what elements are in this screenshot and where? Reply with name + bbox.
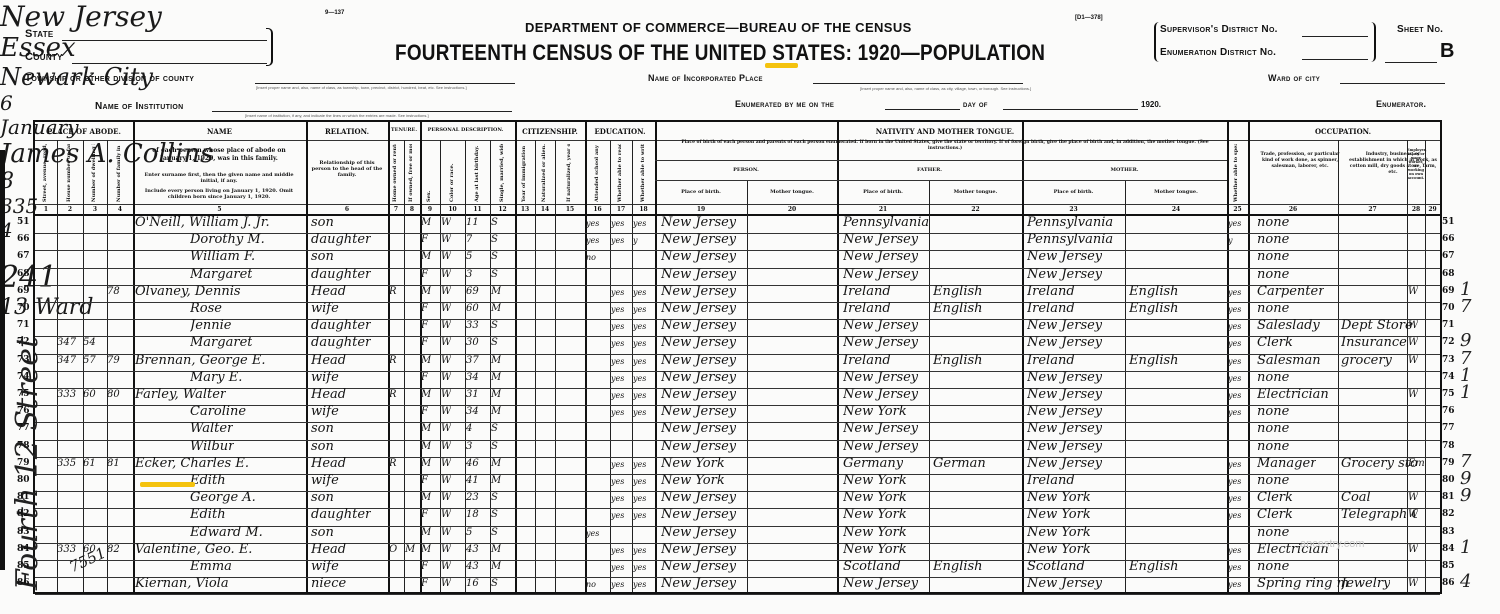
column-number: 23 <box>1022 206 1125 213</box>
table-row: O'Neill, William J. Jr.sonMW11Syesyesyes… <box>35 216 1440 233</box>
cell-marital: M <box>491 303 501 314</box>
cell-sex: M <box>421 355 431 366</box>
cell-m-birth: New Jersey <box>1027 439 1102 454</box>
nativity-subdivider-2 <box>655 180 1227 181</box>
cell-age: 69 <box>466 286 479 297</box>
cell-school: yes <box>586 236 599 245</box>
enumerated-year: 1920. <box>1141 100 1161 109</box>
cell-marital: S <box>491 527 498 538</box>
cell-read: yes <box>611 408 624 417</box>
column-header: Age at last birthday. <box>474 144 480 202</box>
cell-sex: M <box>421 217 431 228</box>
line-number-right: 51 <box>1442 217 1455 227</box>
cell-school: yes <box>586 529 599 538</box>
cell-m-birth: New Jersey <box>1027 249 1102 264</box>
cell-name: O'Neill, William J. Jr. <box>135 215 270 230</box>
cell-m-birth: Scotland <box>1027 559 1085 574</box>
cell-marital: S <box>491 423 498 434</box>
cell-marital: S <box>491 269 498 280</box>
enumerator-label: Enumerator. <box>1376 99 1426 109</box>
cell-f-tongue: English <box>933 284 983 299</box>
cell-marital: M <box>491 561 501 572</box>
cell-employer: W <box>1408 389 1418 400</box>
institution-hint: [Insert name of institution, if any, and… <box>245 113 429 118</box>
cell-age: 46 <box>466 458 479 469</box>
cell-f-birth: New Jersey <box>843 370 918 385</box>
cell-race: W <box>441 561 451 572</box>
cell-name: Kiernan, Viola <box>135 576 229 591</box>
column-number: 21 <box>837 206 929 213</box>
cell-relation: son <box>311 421 334 436</box>
cell-house: 347 <box>57 355 76 366</box>
cell-relation: son <box>311 215 334 230</box>
cell-marital: M <box>491 372 501 383</box>
cell-write: yes <box>633 494 646 503</box>
cell-m-birth: New Jersey <box>1027 421 1102 436</box>
cell-relation: niece <box>311 576 346 591</box>
cell-f-birth: New Jersey <box>843 318 918 333</box>
line-number-right: 77 <box>1442 423 1455 433</box>
cell-f-birth: New Jersey <box>843 421 918 436</box>
name-desc-1: of each person whose place of abode on J… <box>139 147 299 163</box>
cell-race: W <box>441 544 451 555</box>
cell-relation: Head <box>311 456 346 471</box>
line-number-right: 80 <box>1442 475 1455 485</box>
cell-m-birth: Ireland <box>1027 284 1075 299</box>
cell-sex: F <box>421 320 428 331</box>
cell-race: W <box>441 337 451 348</box>
cell-family: 78 <box>107 286 120 297</box>
cell-marital: M <box>491 286 501 297</box>
column-number: 16 <box>585 206 610 213</box>
year-highlight <box>765 63 798 68</box>
cell-name: William F. <box>190 249 255 264</box>
cell-race: W <box>441 320 451 331</box>
cell-m-birth: Pennsylvania <box>1027 215 1113 230</box>
cell-m-birth: New Jersey <box>1027 456 1102 471</box>
line-number-right: 83 <box>1442 527 1455 537</box>
cell-f-tongue: English <box>933 353 983 368</box>
cell-read: yes <box>611 460 624 469</box>
subheader-mother-tongue: Mother tongue. <box>929 189 1022 195</box>
table-row: Edward M.sonMW5SyesNew JerseyNew YorkNew… <box>35 526 1440 543</box>
cell-birth: New Jersey <box>661 490 736 505</box>
watermark: ancestry.com <box>1300 538 1365 550</box>
cell-english: yes <box>1228 546 1241 555</box>
column-header: Home owned or rented. <box>392 144 398 202</box>
cell-marital: S <box>491 492 498 503</box>
cell-f-birth: Pennsylvania <box>843 215 929 230</box>
cell-age: 33 <box>466 320 479 331</box>
cell-sex: F <box>421 269 428 280</box>
cell-trade: none <box>1257 473 1289 488</box>
cell-relation: wife <box>311 404 339 419</box>
cell-birth: New Jersey <box>661 284 736 299</box>
cell-trade: none <box>1257 301 1289 316</box>
line-number-left: 78 <box>17 441 30 451</box>
cell-relation: wife <box>311 370 339 385</box>
cell-employer: W <box>1408 492 1418 503</box>
cell-family: 81 <box>107 458 120 469</box>
cell-english: yes <box>1228 511 1241 520</box>
cell-m-birth: Ireland <box>1027 473 1075 488</box>
cell-trade: none <box>1257 370 1289 385</box>
line-number-right: 74 <box>1442 372 1455 382</box>
cell-marital: M <box>491 544 501 555</box>
col-number-divider-top <box>35 204 1440 205</box>
cell-f-birth: New Jersey <box>843 267 918 282</box>
cell-trade: Electrician <box>1257 387 1329 402</box>
cell-sex: M <box>421 527 431 538</box>
cell-name: Margaret <box>190 335 252 350</box>
line-number-right: 71 <box>1442 320 1455 330</box>
cell-sex: M <box>421 389 431 400</box>
line-number-right: 76 <box>1442 406 1455 416</box>
day-line <box>885 109 960 110</box>
cell-name: Wilbur <box>190 439 234 454</box>
cell-race: W <box>441 217 451 228</box>
line-number-right: 78 <box>1442 441 1455 451</box>
cell-trade: Clerk <box>1257 490 1293 505</box>
cell-read: yes <box>611 580 624 589</box>
cell-read: yes <box>611 322 624 331</box>
cell-house: 333 <box>57 389 76 400</box>
group-occupation: OCCUPATION. <box>1248 127 1438 136</box>
cell-birth: New Jersey <box>661 507 736 522</box>
cell-write: yes <box>633 288 646 297</box>
column-number: 4 <box>107 206 133 213</box>
cell-write: yes <box>633 322 646 331</box>
line-number-right: 72 <box>1442 337 1455 347</box>
table-row: WaltersonMW4SNew JerseyNew JerseyNew Jer… <box>35 422 1440 439</box>
cell-trade: Manager <box>1257 456 1316 471</box>
nativity-note: Place of birth of each person and parent… <box>675 140 1215 152</box>
line-number-right: 70 <box>1442 303 1455 313</box>
cell-sex: M <box>421 492 431 503</box>
cell-employer: W <box>1408 337 1418 348</box>
cell-sex: F <box>421 406 428 417</box>
cell-employer: W <box>1408 320 1418 331</box>
cell-tenure: R <box>389 458 397 469</box>
cell-marital: M <box>491 458 501 469</box>
cell-write: yes <box>633 580 646 589</box>
cell-english: yes <box>1228 460 1241 469</box>
column-header: Number of dwelling house in order of vis… <box>91 144 97 202</box>
subheader-place-of-birth: Place of birth. <box>837 189 929 195</box>
margin-code: 4 <box>1460 571 1471 592</box>
cell-relation: Head <box>311 353 346 368</box>
cell-race: W <box>441 509 451 520</box>
cell-school: no <box>586 580 596 589</box>
cell-marital: S <box>491 320 498 331</box>
cell-name: Rose <box>190 301 222 316</box>
table-row: MargaretdaughterFW3SNew JerseyNew Jersey… <box>35 268 1440 285</box>
township-label: Township or other division of county <box>25 73 194 84</box>
cell-trade: Carpenter <box>1257 284 1324 299</box>
cell-house: 347 <box>57 337 76 348</box>
cell-write: yes <box>633 460 646 469</box>
row-divider <box>35 594 1440 595</box>
sheet-label: Sheet No. <box>1397 24 1443 35</box>
cell-write: yes <box>633 546 646 555</box>
line-number-left: 51 <box>17 217 30 227</box>
cell-m-birth: New York <box>1027 507 1091 522</box>
cell-birth: New Jersey <box>661 439 736 454</box>
cell-name: Edith <box>190 507 226 522</box>
cell-write: yes <box>633 511 646 520</box>
state-line <box>62 40 267 41</box>
cell-birth: New Jersey <box>661 559 736 574</box>
table-row: EmmawifeFW43MyesyesNew JerseyScotlandEng… <box>35 560 1440 577</box>
cell-employer: W <box>1408 286 1418 297</box>
cell-f-birth: Scotland <box>843 559 901 574</box>
cell-english: yes <box>1228 374 1241 383</box>
column-number: 20 <box>747 206 837 213</box>
cell-marital: S <box>491 509 498 520</box>
institution-label: Name of Institution <box>95 101 184 112</box>
group-relation: RELATION. <box>306 127 388 136</box>
incorporated-place-hint: [Insert proper name and, also, name of c… <box>860 86 1031 91</box>
cell-race: W <box>441 251 451 262</box>
cell-trade: none <box>1257 421 1289 436</box>
column-header: Single, married, widowed, or divorced. <box>499 144 505 202</box>
cell-trade: Saleslady <box>1257 318 1320 333</box>
cell-f-birth: New York <box>843 473 907 488</box>
cell-tenure: O <box>389 544 397 555</box>
cell-f-birth: New Jersey <box>843 387 918 402</box>
cell-relation: son <box>311 439 334 454</box>
cell-read: yes <box>611 357 624 366</box>
column-number: 6 <box>306 206 388 213</box>
cell-english: yes <box>1228 322 1241 331</box>
line-number-left: 70 <box>17 303 30 313</box>
cell-birth: New York <box>661 456 725 471</box>
group-education: EDUCATION. <box>585 127 655 136</box>
cell-f-birth: New Jersey <box>843 576 918 591</box>
cell-name: Walter <box>190 421 233 436</box>
line-number-right: 82 <box>1442 509 1455 519</box>
cell-trade: Clerk <box>1257 507 1293 522</box>
cell-m-birth: New York <box>1027 525 1091 540</box>
cell-trade: none <box>1257 525 1289 540</box>
cell-age: 5 <box>466 527 472 538</box>
cell-race: W <box>441 372 451 383</box>
cell-industry: Grocery store <box>1341 456 1417 471</box>
cell-age: 3 <box>466 441 472 452</box>
column-header: Naturalized or alien. <box>541 144 547 202</box>
cell-age: 4 <box>466 423 472 434</box>
district-brace-right <box>1368 22 1376 62</box>
cell-f-birth: New Jersey <box>843 439 918 454</box>
cell-relation: wife <box>311 559 339 574</box>
group-mother: MOTHER. <box>1022 167 1227 173</box>
cell-marital: S <box>491 217 498 228</box>
line-number-left: 86 <box>17 578 30 588</box>
cell-employer: W <box>1408 509 1418 520</box>
county-line <box>72 63 267 64</box>
group-citizenship: CITIZENSHIP. <box>515 127 585 136</box>
table-row: Mary E.wifeFW34MyesyesNew JerseyNew Jers… <box>35 371 1440 388</box>
column-number: 9 <box>420 206 440 213</box>
cell-m-birth: New York <box>1027 490 1091 505</box>
cell-birth: New Jersey <box>661 421 736 436</box>
cell-race: W <box>441 527 451 538</box>
cell-race: W <box>441 406 451 417</box>
column-header: Year of immigration to the United States… <box>521 144 527 202</box>
cell-house: 333 <box>57 544 76 555</box>
cell-employer: Em <box>1408 458 1425 469</box>
cell-m-birth: Pennsylvania <box>1027 232 1113 247</box>
subheader-mother-tongue: Mother tongue. <box>1125 189 1227 195</box>
incorporated-place-line <box>813 83 1023 84</box>
cell-f-birth: New York <box>843 507 907 522</box>
cell-age: 30 <box>466 337 479 348</box>
cell-age: 41 <box>466 475 479 486</box>
cell-f-birth: New Jersey <box>843 335 918 350</box>
table-row: 3475779Brennan, George E.HeadRMW37Myesye… <box>35 354 1440 371</box>
cell-age: 43 <box>466 561 479 572</box>
line-number-right: 67 <box>1442 251 1455 261</box>
cell-birth: New Jersey <box>661 249 736 264</box>
cell-name: Jennie <box>190 318 232 333</box>
cell-family: 82 <box>107 544 120 555</box>
cell-m-birth: Ireland <box>1027 353 1075 368</box>
cell-sex: M <box>421 544 431 555</box>
ward-label: Ward of city <box>1268 73 1320 83</box>
line-number-left: 81 <box>17 492 30 502</box>
line-number-left: 80 <box>17 475 30 485</box>
cell-f-birth: New York <box>843 542 907 557</box>
margin-code: 9 <box>1460 485 1471 506</box>
census-title: FOURTEENTH CENSUS OF THE UNITED STATES: … <box>395 40 1045 66</box>
cell-marital: M <box>491 406 501 417</box>
cell-sex: M <box>421 251 431 262</box>
cell-m-birth: New Jersey <box>1027 387 1102 402</box>
cell-english: yes <box>1228 563 1241 572</box>
subheader-mother-tongue: Mother tongue. <box>747 189 837 195</box>
cell-read: yes <box>611 391 624 400</box>
subheader-place-of-birth: Place of birth. <box>655 189 747 195</box>
sheet-line <box>1385 62 1437 63</box>
margin-code: 1 <box>1460 537 1471 558</box>
column-header: Whether able to write. <box>640 144 646 202</box>
state-county-brace <box>266 28 273 66</box>
cell-race: W <box>441 286 451 297</box>
cell-age: 37 <box>466 355 479 366</box>
line-number-left: 85 <box>17 561 30 571</box>
cell-birth: New Jersey <box>661 267 736 282</box>
cell-relation: wife <box>311 473 339 488</box>
column-header: Whether able to read. <box>617 144 623 202</box>
cell-english: yes <box>1228 305 1241 314</box>
cell-m-birth: Ireland <box>1027 301 1075 316</box>
group-name: NAME <box>133 127 306 136</box>
cell-english: yes <box>1228 494 1241 503</box>
cell-read: yes <box>611 305 624 314</box>
cell-m-tongue: English <box>1129 559 1179 574</box>
column-number: 18 <box>632 206 655 213</box>
cell-age: 43 <box>466 544 479 555</box>
cell-sex: M <box>421 423 431 434</box>
cell-name: Brennan, George E. <box>135 353 265 368</box>
cell-tenure: R <box>389 355 397 366</box>
cell-birth: New Jersey <box>661 353 736 368</box>
line-number-left: 79 <box>17 458 30 468</box>
cell-race: W <box>441 492 451 503</box>
form-code: 9—137 <box>325 10 344 16</box>
cell-industry: Jewelry <box>1341 576 1390 591</box>
table-row: George A.sonMW23SyesyesNew JerseyNew Yor… <box>35 491 1440 508</box>
table-row: William F.sonMW5SnoNew JerseyNew JerseyN… <box>35 250 1440 267</box>
cell-relation: daughter <box>311 335 371 350</box>
cell-birth: New Jersey <box>661 215 736 230</box>
scan-edge <box>0 150 5 570</box>
cell-m-birth: New Jersey <box>1027 576 1102 591</box>
column-header: Attended school any time since Sept. 1, … <box>594 144 600 202</box>
cell-trade: Spring ring maker <box>1257 576 1348 591</box>
cell-race: W <box>441 234 451 245</box>
table-row: Kiernan, ViolanieceFW16SnoyesyesNew Jers… <box>35 577 1440 594</box>
line-number-right: 79 <box>1442 458 1455 468</box>
column-number: 19 <box>655 206 747 213</box>
cell-age: 31 <box>466 389 479 400</box>
ward-line <box>1340 83 1445 84</box>
subheader-place-of-birth: Place of birth. <box>1022 189 1125 195</box>
institution-line <box>212 111 512 112</box>
cell-marital: S <box>491 337 498 348</box>
relation-desc: Relationship of this person to the head … <box>310 160 384 178</box>
cell-race: W <box>441 355 451 366</box>
cell-dwelling: 60 <box>83 389 96 400</box>
cell-write: yes <box>633 357 646 366</box>
column-header: Sex. <box>426 144 432 202</box>
cell-f-tongue: English <box>933 559 983 574</box>
cell-name: Edith <box>190 473 226 488</box>
cell-relation: daughter <box>311 267 371 282</box>
cell-age: 11 <box>466 217 479 228</box>
cell-read: yes <box>611 563 624 572</box>
line-number-right: 81 <box>1442 492 1455 502</box>
cell-marital: M <box>491 389 501 400</box>
table-row: CarolinewifeFW34MyesyesNew JerseyNew Yor… <box>35 405 1440 422</box>
township-hint: [Insert proper name and, also, name of c… <box>256 85 467 90</box>
table-row: JenniedaughterFW33SyesyesNew JerseyNew J… <box>35 319 1440 336</box>
cell-age: 23 <box>466 492 479 503</box>
line-number-left: 71 <box>17 320 30 330</box>
group-person: PERSON. <box>655 167 837 173</box>
cell-relation: son <box>311 249 334 264</box>
cell-industry: grocery <box>1341 353 1392 368</box>
column-header: If owned, free or mortgaged. <box>408 144 414 202</box>
cell-marital: S <box>491 251 498 262</box>
cell-f-birth: New York <box>843 490 907 505</box>
column-number: 22 <box>929 206 1022 213</box>
cell-f-birth: New York <box>843 404 907 419</box>
cell-english: y <box>1228 236 1233 245</box>
line-number-right: 84 <box>1442 544 1455 554</box>
cell-trade: none <box>1257 249 1289 264</box>
cell-age: 7 <box>466 234 472 245</box>
cell-trade: Clerk <box>1257 335 1293 350</box>
cell-read: yes <box>611 374 624 383</box>
table-row: RosewifeFW60MyesyesNew JerseyIrelandEngl… <box>35 302 1440 319</box>
column-header: If naturalized, year of naturalization. <box>566 144 572 202</box>
cell-name: Edward M. <box>190 525 263 540</box>
cell-dwelling: 61 <box>83 458 96 469</box>
column-number: 28 <box>1407 206 1425 213</box>
cell-read: yes <box>611 339 624 348</box>
cell-english: yes <box>1228 477 1241 486</box>
